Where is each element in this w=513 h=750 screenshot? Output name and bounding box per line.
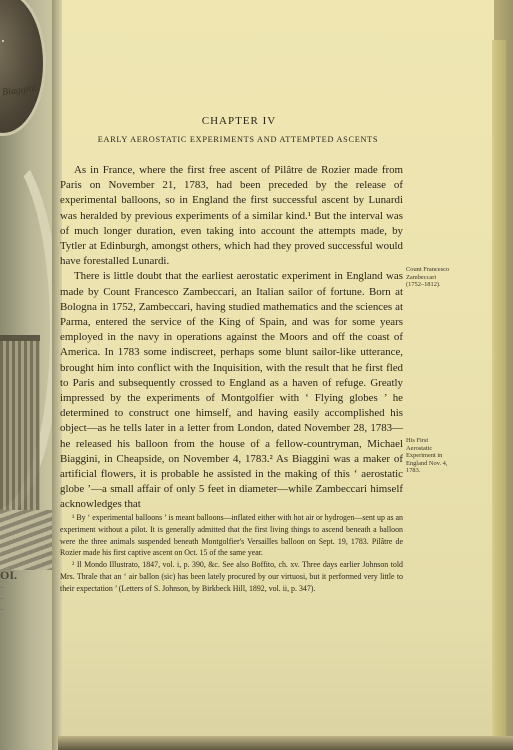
plate-caption-line: ... [0, 582, 56, 593]
footnote: ¹ By ‘ experimental balloons ’ is meant … [60, 512, 403, 559]
page-edges [492, 40, 506, 740]
plate-lower-illustration [0, 510, 55, 570]
footnote: ² Il Mondo Illustrato, 1847, vol. i, p. … [60, 559, 403, 594]
plate-caption: OI. ... ... ... [0, 570, 56, 615]
margin-note-first-experiment: His First Aerostatic Experiment in Engla… [406, 437, 454, 475]
body-text: As in France, where the first free ascen… [60, 163, 403, 513]
plate-caption-line: ... [0, 593, 56, 604]
chapter-title: EARLY AEROSTATIC EXPERIMENTS AND ATTEMPT… [70, 134, 406, 145]
plate-caption-title: OI. [0, 568, 17, 582]
footnotes: ¹ By ‘ experimental balloons ’ is meant … [60, 512, 403, 595]
chapter-number: CHAPTER IV [62, 115, 416, 127]
facing-page-plate: Biaggini OI. ... ... ... [0, 0, 58, 750]
balloon-decoration [0, 10, 30, 120]
plate-caption-line: ... [0, 604, 56, 615]
paragraph: There is little doubt that the earliest … [60, 269, 403, 512]
margin-note-zambeccari: Count Francesco Zambeccari (1752–1812). [406, 266, 454, 289]
book-bottom-edge [58, 736, 513, 750]
paragraph: As in France, where the first free ascen… [60, 163, 403, 269]
tower-illustration [0, 335, 40, 521]
